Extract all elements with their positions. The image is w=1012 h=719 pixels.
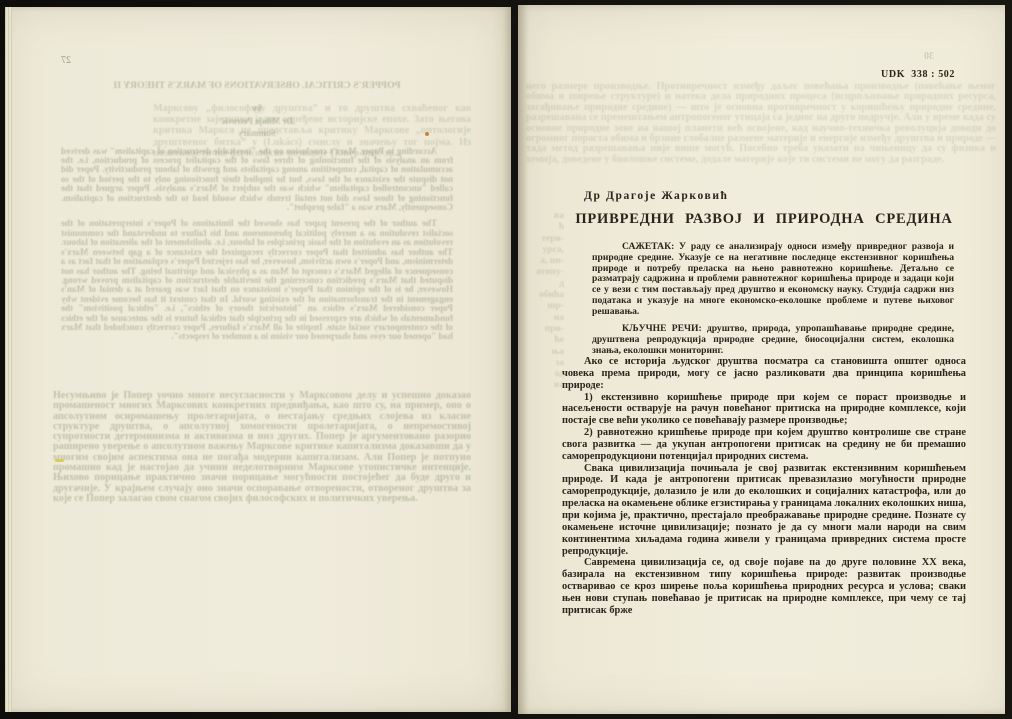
left-page: 27 Марксову „философију друштва” и то др… — [5, 7, 511, 712]
page-stack-edge — [5, 7, 12, 712]
ghost-summary-author: Dr Miloje Petrović — [61, 117, 453, 126]
scan-speck — [55, 459, 64, 462]
ghost-summary-title: POPPER'S CRITICAL OBSERVATIONS OF MARX'S… — [61, 81, 453, 90]
scan-speck — [425, 132, 429, 136]
article-keywords: КЉУЧНЕ РЕЧИ: друштво, природа, упропашћа… — [592, 324, 954, 356]
ghost-summary-byline: by — [61, 104, 453, 113]
article-body: Ако се историја људског друштва посматра… — [562, 356, 966, 617]
ghost-summary-paragraph: The author of the present paper has show… — [61, 219, 453, 341]
article-abstract: САЖЕТАК: У раду се анализирају односи из… — [592, 242, 954, 318]
body-paragraph: Савремена цивилизација се, од своје поја… — [562, 557, 966, 616]
ghost-margin-fragments: на ћ тери- урса, а, ни- атину- д обића ш… — [522, 211, 564, 392]
body-paragraph: Свака цивилизација почињала је свој разв… — [562, 463, 966, 558]
ghost-cyrillic-offset-right: него размере производње. Противречност и… — [526, 82, 996, 165]
udk-classification: UDK 338 : 502 — [881, 69, 955, 80]
body-paragraph: 1) екстензивно коришћење природе при кој… — [562, 392, 966, 428]
ghost-english-summary: POPPER'S CRITICAL OBSERVATIONS OF MARX'S… — [61, 81, 453, 349]
ghost-summary-paragraph: According to Poper, Marx's conclusion on… — [61, 147, 453, 213]
article-author: Др Драгоје Жарковић — [584, 190, 729, 202]
ghost-cyrillic-offset-bottom: Несумњиво је Попер уочио многе несугласн… — [53, 391, 471, 504]
ghost-summary-heading: Summary — [61, 129, 453, 138]
ghost-page-number-right: 30 — [924, 51, 934, 62]
book-scan: 27 Марксову „философију друштва” и то др… — [0, 0, 1012, 719]
body-paragraph: Ако се историја људског друштва посматра… — [562, 356, 966, 392]
ghost-page-number-left: 27 — [61, 55, 71, 66]
article-title: ПРИВРЕДНИ РАЗВОЈ И ПРИРОДНА СРЕДИНА — [562, 211, 966, 228]
body-paragraph: 2) равнотежно кришћење природе при којем… — [562, 427, 966, 463]
right-page: него размере производње. Противречност и… — [518, 5, 1005, 714]
